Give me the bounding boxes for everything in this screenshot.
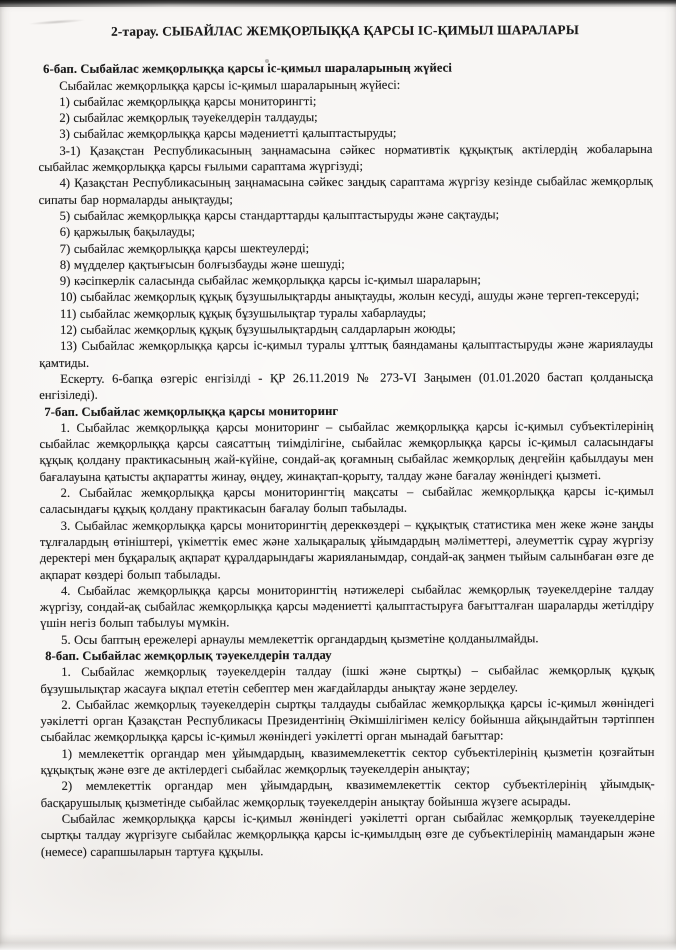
- paragraph: 1) мемлекеттік органдар мен ұйымдардың, …: [41, 744, 655, 779]
- scan-edge-top: [0, 0, 676, 7]
- paragraph: 1. Сыбайлас жемқорлыққа қарсы мониторинг…: [39, 418, 653, 485]
- paragraph: 1. Сыбайлас жемқорлық тәуекелдерін талда…: [40, 662, 654, 697]
- article-6: 6-бап. Сыбайлас жемқорлыққа қарсы іс-қим…: [38, 59, 653, 403]
- paragraph: Сыбайлас жемқорлыққа қарсы іс-қимыл жөні…: [41, 809, 655, 860]
- paragraph: 2. Сыбайлас жемқорлыққа қарсы мониторинг…: [40, 483, 654, 518]
- document-page: 2-тарау. СЫБАЙЛАС ЖЕМҚОРЛЫҚҚА ҚАРСЫ ІС-Қ…: [0, 0, 676, 950]
- paragraph: 2) мемлекеттік органдар мен ұйымдардың, …: [41, 776, 655, 811]
- paragraph: 3-1) Қазақстан Республикасының заңнамасы…: [38, 141, 652, 176]
- document-content: 2-тарау. СЫБАЙЛАС ЖЕМҚОРЛЫҚҚА ҚАРСЫ ІС-Қ…: [38, 22, 655, 860]
- paragraph: Ескерту. 6-бапқа өзгеріс енгізілді - ҚР …: [39, 369, 653, 404]
- paragraph: 13) Сыбайлас жемқорлыққа қарсы іс-қимыл …: [39, 336, 653, 371]
- paragraph: 4) Қазақстан Республикасының заңнамасына…: [39, 173, 653, 208]
- scan-edge-bottom: [0, 934, 676, 950]
- sections-container: 6-бап. Сыбайлас жемқорлыққа қарсы іс-қим…: [38, 59, 655, 860]
- article-7: 7-бап. Сыбайлас жемқорлыққа қарсы монито…: [39, 401, 654, 648]
- paragraph: 3. Сыбайлас жемқорлыққа қарсы мониторинг…: [40, 515, 654, 582]
- chapter-title: 2-тарау. СЫБАЙЛАС ЖЕМҚОРЛЫҚҚА ҚАРСЫ ІС-Қ…: [38, 22, 652, 40]
- paragraph: 2. Сыбайлас жемқорлық тәуекелдерін сыртқ…: [40, 695, 654, 746]
- article-8: 8-бап. Сыбайлас жемқорлық тәуекелдерін т…: [40, 646, 655, 860]
- paragraph: 10) сыбайлас жемқорлық құқық бұзушылықта…: [39, 287, 653, 305]
- paragraph: 4. Сыбайлас жемқорлыққа қарсы мониторинг…: [40, 581, 654, 632]
